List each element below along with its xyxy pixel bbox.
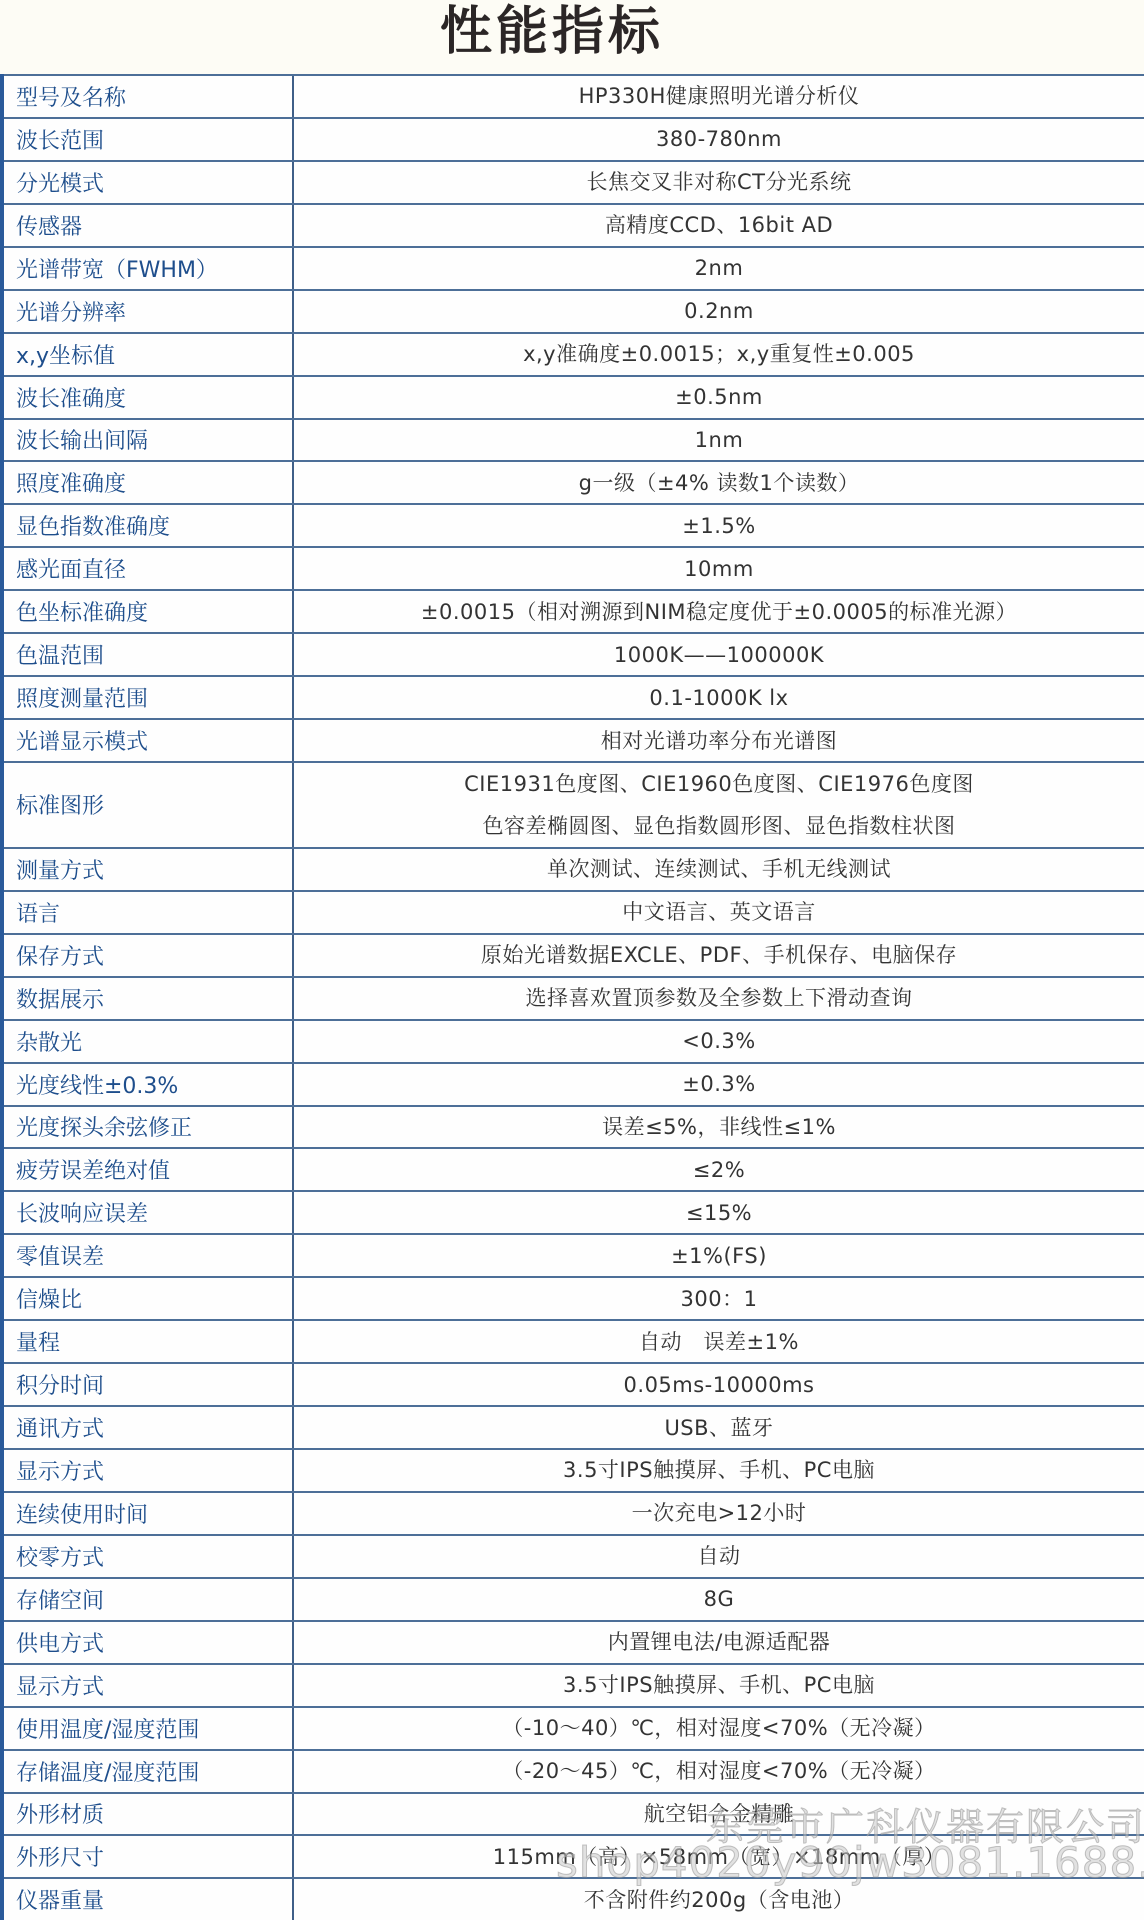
spec-label: 光度线性±0.3% <box>4 1064 294 1105</box>
spec-value: 0.05ms-10000ms <box>294 1364 1144 1405</box>
spec-value: ±1.5% <box>294 505 1144 546</box>
spec-value: （-20～45）℃，相对湿度<70%（无冷凝） <box>294 1751 1144 1792</box>
spec-value: 2nm <box>294 248 1144 289</box>
spec-value: 一次充电>12小时 <box>294 1493 1144 1534</box>
spec-value: 1nm <box>294 420 1144 461</box>
spec-label: 疲劳误差绝对值 <box>4 1149 294 1190</box>
spec-row-dispersion-mode: 分光模式 长焦交叉非对称CT分光系统 <box>4 160 1144 203</box>
spec-label: 照度测量范围 <box>4 677 294 718</box>
spec-value-text: g一级（±4% 读数1个读数） <box>579 462 860 503</box>
spec-row-display-mode: 显示方式 3.5寸IPS触摸屏、手机、PC电脑 <box>4 1448 1144 1491</box>
spec-row-longwave-error: 长波响应误差 ≤15% <box>4 1190 1144 1233</box>
spec-label: 色温范围 <box>4 634 294 675</box>
spec-row-language: 语言 中文语言、英文语言 <box>4 890 1144 933</box>
spec-value-text: 原始光谱数据EXCLE、PDF、手机保存、电脑保存 <box>481 935 957 976</box>
spec-value: 3.5寸IPS触摸屏、手机、PC电脑 <box>294 1665 1144 1706</box>
spec-row-storage-temp: 存储温度/湿度范围 （-20～45）℃，相对湿度<70%（无冷凝） <box>4 1749 1144 1792</box>
spec-value-text: 300：1 <box>681 1278 758 1319</box>
spec-value: ±0.0015（相对溯源到NIM稳定度优于±0.0005的标准光源） <box>294 591 1144 632</box>
spec-row-stray-light: 杂散光 <0.3% <box>4 1019 1144 1062</box>
spec-row-photometric-linearity: 光度线性±0.3% ±0.3% <box>4 1062 1144 1105</box>
spec-row-material: 外形材质 航空铝合金精雕 <box>4 1792 1144 1835</box>
spec-row-display-mode-2: 显示方式 3.5寸IPS触摸屏、手机、PC电脑 <box>4 1663 1144 1706</box>
page-title: 性能指标 <box>0 0 1104 72</box>
spec-row-illuminance-accuracy: 照度准确度 g一级（±4% 读数1个读数） <box>4 460 1144 503</box>
spec-value: 0.2nm <box>294 291 1144 332</box>
spec-label: 传感器 <box>4 205 294 246</box>
spec-value-text: 相对光谱功率分布光谱图 <box>601 720 838 761</box>
spec-value-text-line2: 色容差椭圆图、显色指数圆形图、显色指数柱状图 <box>483 805 956 847</box>
spec-label: 使用温度/湿度范围 <box>4 1708 294 1749</box>
spec-value-text: 0.2nm <box>684 291 754 332</box>
spec-value-text: 长焦交叉非对称CT分光系统 <box>587 162 852 203</box>
spec-label: 外形尺寸 <box>4 1836 294 1877</box>
spec-label: 显示方式 <box>4 1450 294 1491</box>
spec-row-cosine-correction: 光度探头余弦修正 误差≤5%，非线性≤1% <box>4 1105 1144 1148</box>
spec-label: 光谱分辨率 <box>4 291 294 332</box>
spec-value-text: HP330H健康照明光谱分析仪 <box>579 76 860 117</box>
spec-label: 波长准确度 <box>4 377 294 418</box>
spec-value-text: ±1%(FS) <box>671 1235 767 1276</box>
spec-value: 内置锂电法/电源适配器 <box>294 1622 1144 1663</box>
spec-row-wavelength-range: 波长范围 380-780nm <box>4 117 1144 160</box>
spec-value: ±0.5nm <box>294 377 1144 418</box>
spec-value: （-10～40）℃，相对湿度<70%（无冷凝） <box>294 1708 1144 1749</box>
spec-value-text: 0.05ms-10000ms <box>624 1364 815 1405</box>
spec-value: 8G <box>294 1579 1144 1620</box>
spec-value: CIE1931色度图、CIE1960色度图、CIE1976色度图 色容差椭圆图、… <box>294 763 1144 847</box>
spec-value-text: <0.3% <box>682 1021 755 1062</box>
spec-value: 1000K——100000K <box>294 634 1144 675</box>
spec-label: 保存方式 <box>4 935 294 976</box>
spec-label: 杂散光 <box>4 1021 294 1062</box>
spec-label: 波长范围 <box>4 119 294 160</box>
spec-value: 单次测试、连续测试、手机无线测试 <box>294 849 1144 890</box>
spec-value: ±0.3% <box>294 1064 1144 1105</box>
spec-row-chromaticity-accuracy: 色坐标准确度 ±0.0015（相对溯源到NIM稳定度优于±0.0005的标准光源… <box>4 589 1144 632</box>
spec-label: 语言 <box>4 892 294 933</box>
spec-row-bandwidth: 光谱带宽（FWHM） 2nm <box>4 246 1144 289</box>
spec-value: 相对光谱功率分布光谱图 <box>294 720 1144 761</box>
spec-row-operating-temp: 使用温度/湿度范围 （-10～40）℃，相对湿度<70%（无冷凝） <box>4 1706 1144 1749</box>
spec-row-integration-time: 积分时间 0.05ms-10000ms <box>4 1362 1144 1405</box>
spec-row-range: 量程 自动 误差±1% <box>4 1319 1144 1362</box>
spec-label: 照度准确度 <box>4 462 294 503</box>
spec-value-text: 1nm <box>695 420 744 461</box>
spec-value: 300：1 <box>294 1278 1144 1319</box>
spec-row-communication: 通讯方式 USB、蓝牙 <box>4 1405 1144 1448</box>
spec-value: ≤2% <box>294 1149 1144 1190</box>
spec-row-save-mode: 保存方式 原始光谱数据EXCLE、PDF、手机保存、电脑保存 <box>4 933 1144 976</box>
spec-label: 量程 <box>4 1321 294 1362</box>
spec-value: 选择喜欢置顶参数及全参数上下滑动查询 <box>294 978 1144 1019</box>
spec-value-text: 1000K——100000K <box>614 634 824 675</box>
spec-label: 显示方式 <box>4 1665 294 1706</box>
spec-row-data-display: 数据展示 选择喜欢置顶参数及全参数上下滑动查询 <box>4 976 1144 1019</box>
spec-value-text: ±0.0015（相对溯源到NIM稳定度优于±0.0005的标准光源） <box>421 591 1017 632</box>
spec-value-text: 自动 误差±1% <box>639 1321 799 1362</box>
spec-value: 中文语言、英文语言 <box>294 892 1144 933</box>
spec-row-fatigue-error: 疲劳误差绝对值 ≤2% <box>4 1147 1144 1190</box>
spec-value-text: 自动 <box>698 1536 741 1577</box>
spec-row-dimensions: 外形尺寸 115mm（高）×58mm（宽）×18mm（厚） <box>4 1834 1144 1877</box>
spec-value-text: 选择喜欢置顶参数及全参数上下滑动查询 <box>526 978 913 1019</box>
spec-label: 信燥比 <box>4 1278 294 1319</box>
spec-value-text: CIE1931色度图、CIE1960色度图、CIE1976色度图 <box>464 763 974 805</box>
spec-value-text: 8G <box>704 1579 735 1620</box>
spec-label: 积分时间 <box>4 1364 294 1405</box>
spec-row-snr: 信燥比 300：1 <box>4 1276 1144 1319</box>
spec-value: 不含附件约200g（含电池） <box>294 1879 1144 1920</box>
spec-value-text: 中文语言、英文语言 <box>622 892 816 933</box>
spec-row-zero-error: 零值误差 ±1%(FS) <box>4 1233 1144 1276</box>
spec-value-text: ≤2% <box>693 1149 745 1190</box>
spec-label: 显色指数准确度 <box>4 505 294 546</box>
spec-value-text: （-20～45）℃，相对湿度<70%（无冷凝） <box>502 1751 935 1792</box>
spec-value: 自动 <box>294 1536 1144 1577</box>
spec-label: 供电方式 <box>4 1622 294 1663</box>
spec-value-text: 不含附件约200g（含电池） <box>584 1879 854 1920</box>
spec-value: 10mm <box>294 548 1144 589</box>
spec-label: 外形材质 <box>4 1794 294 1835</box>
spec-row-standard-graphs: 标准图形 CIE1931色度图、CIE1960色度图、CIE1976色度图 色容… <box>4 761 1144 847</box>
spec-value: 380-780nm <box>294 119 1144 160</box>
spec-row-wavelength-accuracy: 波长准确度 ±0.5nm <box>4 375 1144 418</box>
spec-row-battery-life: 连续使用时间 一次充电>12小时 <box>4 1491 1144 1534</box>
spec-value-text: 一次充电>12小时 <box>632 1493 807 1534</box>
spec-value: 0.1-1000K lx <box>294 677 1144 718</box>
spec-row-storage: 存储空间 8G <box>4 1577 1144 1620</box>
spec-row-cri-accuracy: 显色指数准确度 ±1.5% <box>4 503 1144 546</box>
spec-row-resolution: 光谱分辨率 0.2nm <box>4 289 1144 332</box>
spec-label: 连续使用时间 <box>4 1493 294 1534</box>
spec-row-sensor-diameter: 感光面直径 10mm <box>4 546 1144 589</box>
spec-value: USB、蓝牙 <box>294 1407 1144 1448</box>
spec-value: 自动 误差±1% <box>294 1321 1144 1362</box>
spec-value-text: 115mm（高）×58mm（宽）×18mm（厚） <box>493 1836 945 1877</box>
spec-label: 数据展示 <box>4 978 294 1019</box>
spec-row-spectrum-display: 光谱显示模式 相对光谱功率分布光谱图 <box>4 718 1144 761</box>
spec-label: 光度探头余弦修正 <box>4 1107 294 1148</box>
spec-value: 115mm（高）×58mm（宽）×18mm（厚） <box>294 1836 1144 1877</box>
spec-label: 光谱带宽（FWHM） <box>4 248 294 289</box>
spec-label: 标准图形 <box>4 763 294 847</box>
spec-value-text: 10mm <box>684 548 754 589</box>
spec-value-text: 高精度CCD、16bit AD <box>605 205 833 246</box>
spec-value-text: x,y准确度±0.0015；x,y重复性±0.005 <box>523 334 915 375</box>
spec-value: ≤15% <box>294 1192 1144 1233</box>
spec-label: 测量方式 <box>4 849 294 890</box>
spec-row-wavelength-interval: 波长输出间隔 1nm <box>4 418 1144 461</box>
spec-label: 感光面直径 <box>4 548 294 589</box>
spec-value-text: 单次测试、连续测试、手机无线测试 <box>547 849 891 890</box>
spec-value: 原始光谱数据EXCLE、PDF、手机保存、电脑保存 <box>294 935 1144 976</box>
spec-label: 波长输出间隔 <box>4 420 294 461</box>
spec-value-text: 3.5寸IPS触摸屏、手机、PC电脑 <box>563 1665 875 1706</box>
spec-value-text: ±1.5% <box>682 505 755 546</box>
spec-value: 航空铝合金精雕 <box>294 1794 1144 1835</box>
spec-label: 分光模式 <box>4 162 294 203</box>
spec-label: 存储空间 <box>4 1579 294 1620</box>
spec-value-text: USB、蓝牙 <box>664 1407 773 1448</box>
spec-value-text: ±0.5nm <box>675 377 763 418</box>
spec-label: 长波响应误差 <box>4 1192 294 1233</box>
spec-table: 型号及名称 HP330H健康照明光谱分析仪 波长范围 380-780nm 分光模… <box>0 74 1144 1920</box>
spec-row-weight: 仪器重量 不含附件约200g（含电池） <box>4 1877 1144 1920</box>
spec-value: <0.3% <box>294 1021 1144 1062</box>
spec-value: g一级（±4% 读数1个读数） <box>294 462 1144 503</box>
header: 性能指标 <box>0 0 1144 74</box>
spec-row-model: 型号及名称 HP330H健康照明光谱分析仪 <box>4 74 1144 117</box>
spec-label: 存储温度/湿度范围 <box>4 1751 294 1792</box>
spec-label: 型号及名称 <box>4 76 294 117</box>
spec-value: 高精度CCD、16bit AD <box>294 205 1144 246</box>
spec-label: 校零方式 <box>4 1536 294 1577</box>
spec-value-text: ±0.3% <box>682 1064 755 1105</box>
spec-value-text: 航空铝合金精雕 <box>644 1794 795 1835</box>
spec-label: x,y坐标值 <box>4 334 294 375</box>
spec-value-text: （-10～40）℃，相对湿度<70%（无冷凝） <box>502 1708 935 1749</box>
spec-row-power-supply: 供电方式 内置锂电法/电源适配器 <box>4 1620 1144 1663</box>
spec-value: 误差≤5%，非线性≤1% <box>294 1107 1144 1148</box>
spec-label: 零值误差 <box>4 1235 294 1276</box>
spec-value-text: 3.5寸IPS触摸屏、手机、PC电脑 <box>563 1450 875 1491</box>
spec-row-xy-coordinates: x,y坐标值 x,y准确度±0.0015；x,y重复性±0.005 <box>4 332 1144 375</box>
spec-row-zero-calibration: 校零方式 自动 <box>4 1534 1144 1577</box>
spec-value-text: ≤15% <box>686 1192 752 1233</box>
spec-label: 色坐标准确度 <box>4 591 294 632</box>
spec-value-text: 2nm <box>695 248 744 289</box>
spec-label: 光谱显示模式 <box>4 720 294 761</box>
spec-value: HP330H健康照明光谱分析仪 <box>294 76 1144 117</box>
spec-label: 通讯方式 <box>4 1407 294 1448</box>
spec-row-sensor: 传感器 高精度CCD、16bit AD <box>4 203 1144 246</box>
spec-value: 3.5寸IPS触摸屏、手机、PC电脑 <box>294 1450 1144 1491</box>
spec-value-text: 0.1-1000K lx <box>649 677 788 718</box>
spec-row-illuminance-range: 照度测量范围 0.1-1000K lx <box>4 675 1144 718</box>
spec-label: 仪器重量 <box>4 1879 294 1920</box>
spec-row-cct-range: 色温范围 1000K——100000K <box>4 632 1144 675</box>
spec-value: ±1%(FS) <box>294 1235 1144 1276</box>
spec-row-measure-mode: 测量方式 单次测试、连续测试、手机无线测试 <box>4 847 1144 890</box>
spec-value: 长焦交叉非对称CT分光系统 <box>294 162 1144 203</box>
spec-value-text: 380-780nm <box>656 119 782 160</box>
spec-value: x,y准确度±0.0015；x,y重复性±0.005 <box>294 334 1144 375</box>
spec-value-text: 内置锂电法/电源适配器 <box>608 1622 831 1663</box>
spec-value-text: 误差≤5%，非线性≤1% <box>602 1107 836 1148</box>
